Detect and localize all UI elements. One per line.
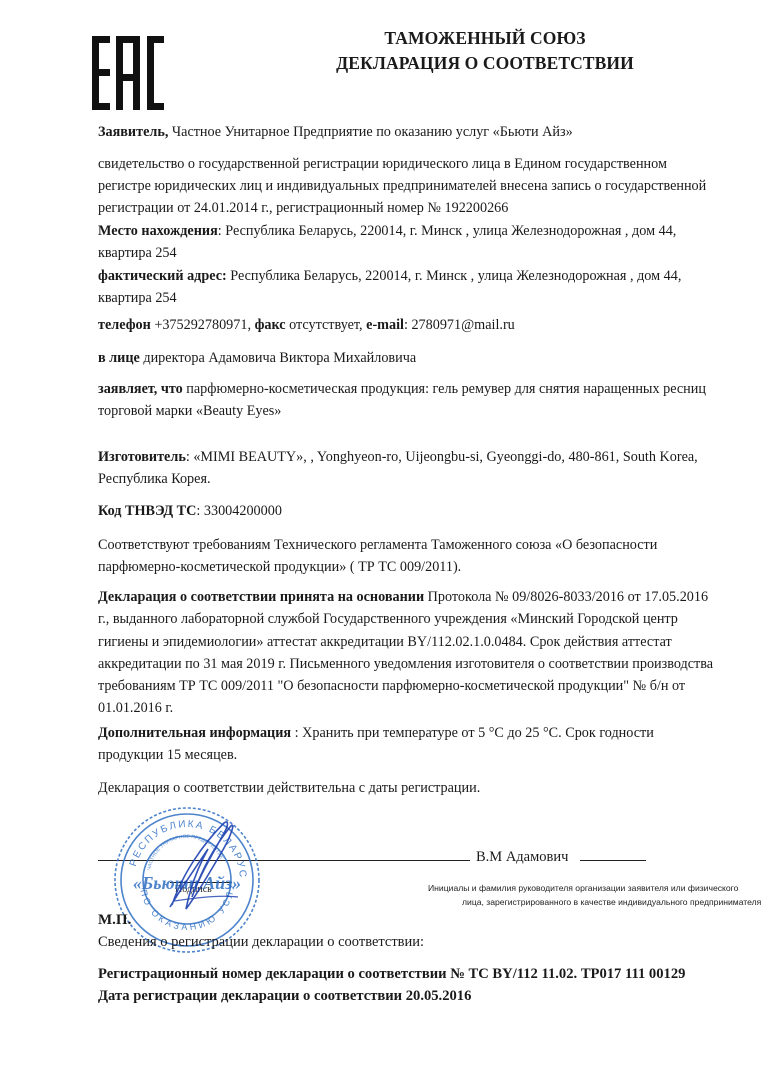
- additional-value: : Хранить при температуре от 5 °С до 25 …: [291, 725, 654, 741]
- applicant-value: Частное Унитарное Предприятие по оказани…: [168, 124, 572, 140]
- basis-line: аккредитации по 31 мая 2019 г. Письменно…: [98, 653, 713, 675]
- tn-ved-value: : 33004200000: [196, 503, 282, 519]
- declaration-basis: Декларация о соответствии принята на осн…: [98, 586, 713, 720]
- compliance-line: Соответствуют требованиям Технического р…: [98, 534, 657, 556]
- validity-statement: Декларация о соответствии действительна …: [98, 777, 480, 799]
- additional-info: Дополнительная информация : Хранить при …: [98, 722, 654, 766]
- signatory-name: В.М Адамович: [476, 846, 568, 868]
- basis-line: г., выданного лабораторной службой Госуд…: [98, 608, 713, 630]
- manufacturer-line2: Республика Корея.: [98, 468, 698, 490]
- email-value: : 2780971@mail.ru: [404, 317, 515, 333]
- declares-value: парфюмерно-косметическая продукция: гель…: [183, 381, 706, 397]
- fax-value: отсутствует,: [286, 317, 367, 333]
- applicant: Заявитель, Частное Унитарное Предприятие…: [98, 121, 573, 143]
- location-line2: квартира 254: [98, 242, 676, 264]
- title-declaration: ДЕКЛАРАЦИЯ О СООТВЕТСТВИИ: [300, 51, 670, 76]
- registration-cert-line: регистре юридических лиц и индивидуальны…: [98, 175, 706, 197]
- registration-date: Дата регистрации декларации о соответств…: [98, 985, 471, 1007]
- declaration-statement: заявляет, что парфюмерно-косметическая п…: [98, 378, 706, 422]
- actual-address-value: Республика Беларусь, 220014, г. Минск , …: [227, 268, 682, 284]
- additional-label: Дополнительная информация: [98, 725, 291, 741]
- manufacturer-value: : «MIMI BEAUTY», , Yonghyeon-ro, Uijeong…: [186, 449, 698, 465]
- compliance-line: парфюмерно-косметической продукции» ( ТР…: [98, 556, 657, 578]
- actual-address: фактический адрес: Республика Беларусь, …: [98, 265, 681, 309]
- name-underline: [580, 860, 646, 861]
- stamp-center-text: «Бьюти Айз»: [133, 873, 241, 893]
- registration-number: Регистрационный номер декларации о соотв…: [98, 963, 685, 985]
- email-label: e-mail: [366, 317, 404, 333]
- tn-ved-label: Код ТНВЭД ТС: [98, 503, 196, 519]
- declares-label: заявляет, что: [98, 381, 183, 397]
- document-title: ТАМОЖЕННЫЙ СОЮЗ ДЕКЛАРАЦИЯ О СООТВЕТСТВИ…: [300, 26, 670, 76]
- compliance: Соответствуют требованиям Технического р…: [98, 534, 657, 578]
- manufacturer-label: Изготовитель: [98, 449, 186, 465]
- title-customs-union: ТАМОЖЕННЫЙ СОЮЗ: [300, 26, 670, 51]
- fax-label: факс: [255, 317, 286, 333]
- seal-place-label: М.П.: [98, 909, 131, 931]
- applicant-label: Заявитель,: [98, 124, 168, 140]
- actual-address-label: фактический адрес:: [98, 268, 227, 284]
- registration-cert-line: регистрации от 24.01.2014 г., регистраци…: [98, 197, 706, 219]
- actual-address-line2: квартира 254: [98, 287, 681, 309]
- signature-note-line2: лица, зарегистрированного в качестве инд…: [462, 894, 761, 910]
- location-label: Место нахождения: [98, 223, 218, 239]
- manufacturer: Изготовитель: «MIMI BEAUTY», , Yonghyeon…: [98, 446, 698, 490]
- basis-value: Протокола № 09/8026-8033/2016 от 17.05.2…: [424, 589, 708, 605]
- basis-label: Декларация о соответствии принята на осн…: [98, 589, 424, 605]
- registration-info-label: Сведения о регистрации декларации о соот…: [98, 931, 424, 953]
- registration-cert-line: свидетельство о государственной регистра…: [98, 153, 706, 175]
- registration-certificate: свидетельство о государственной регистра…: [98, 153, 706, 219]
- declares-line2: торговой марки «Beauty Eyes»: [98, 400, 706, 422]
- basis-line: гигиены и эпидемиологии» аттестат аккред…: [98, 631, 713, 653]
- representative: в лице директора Адамовича Виктора Михай…: [98, 347, 416, 369]
- basis-line: требованиям ТР ТС 009/2011 "О безопаснос…: [98, 675, 713, 697]
- representative-value: директора Адамовича Виктора Михайловича: [140, 350, 416, 366]
- basis-line: 01.01.2016 г.: [98, 697, 713, 719]
- phone-value: +375292780971,: [151, 317, 255, 333]
- location-value: : Республика Беларусь, 220014, г. Минск …: [218, 223, 677, 239]
- additional-line2: продукции 15 месяцев.: [98, 744, 654, 766]
- phone-label: телефон: [98, 317, 151, 333]
- representative-label: в лице: [98, 350, 140, 366]
- contacts: телефон +375292780971, факс отсутствует,…: [98, 314, 515, 336]
- location: Место нахождения: Республика Беларусь, 2…: [98, 220, 676, 264]
- eac-mark-icon: [92, 36, 164, 110]
- tn-ved-code: Код ТНВЭД ТС: 33004200000: [98, 500, 282, 522]
